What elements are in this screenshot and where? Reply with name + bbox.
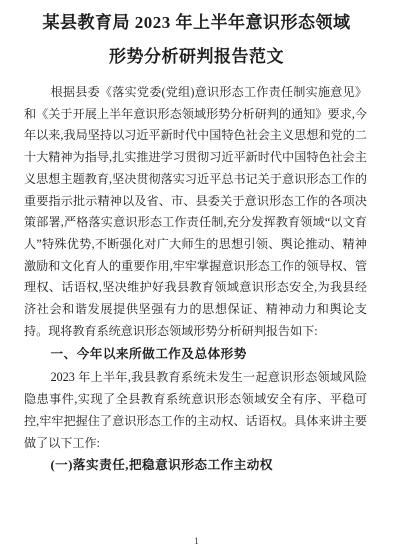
page-number: 1 (0, 536, 393, 546)
document-title-line-2: 形势分析研判报告范文 (18, 40, 375, 74)
section-heading-1: 一、今年以来所做工作及总体形势 (24, 342, 367, 367)
body-paragraph-2: 2023 年上半年,我县教育系统未发生一起意识形态领域风险隐患事件,实现了全县教… (24, 367, 367, 454)
section-subheading-1: (一)落实责任,把稳意识形态工作主动权 (24, 454, 367, 477)
document-page: 某县教育局 2023 年上半年意识形态领域 形势分析研判报告范文 根据县委《落实… (0, 0, 393, 550)
document-body: 根据县委《落实党委(党组)意识形态工作责任制实施意见》和《关于开展上半年意识形态… (24, 82, 367, 477)
document-title: 某县教育局 2023 年上半年意识形态领域 形势分析研判报告范文 (18, 6, 375, 74)
body-paragraph-1: 根据县委《落实党委(党组)意识形态工作责任制实施意见》和《关于开展上半年意识形态… (24, 82, 367, 342)
document-title-line-1: 某县教育局 2023 年上半年意识形态领域 (18, 6, 375, 40)
